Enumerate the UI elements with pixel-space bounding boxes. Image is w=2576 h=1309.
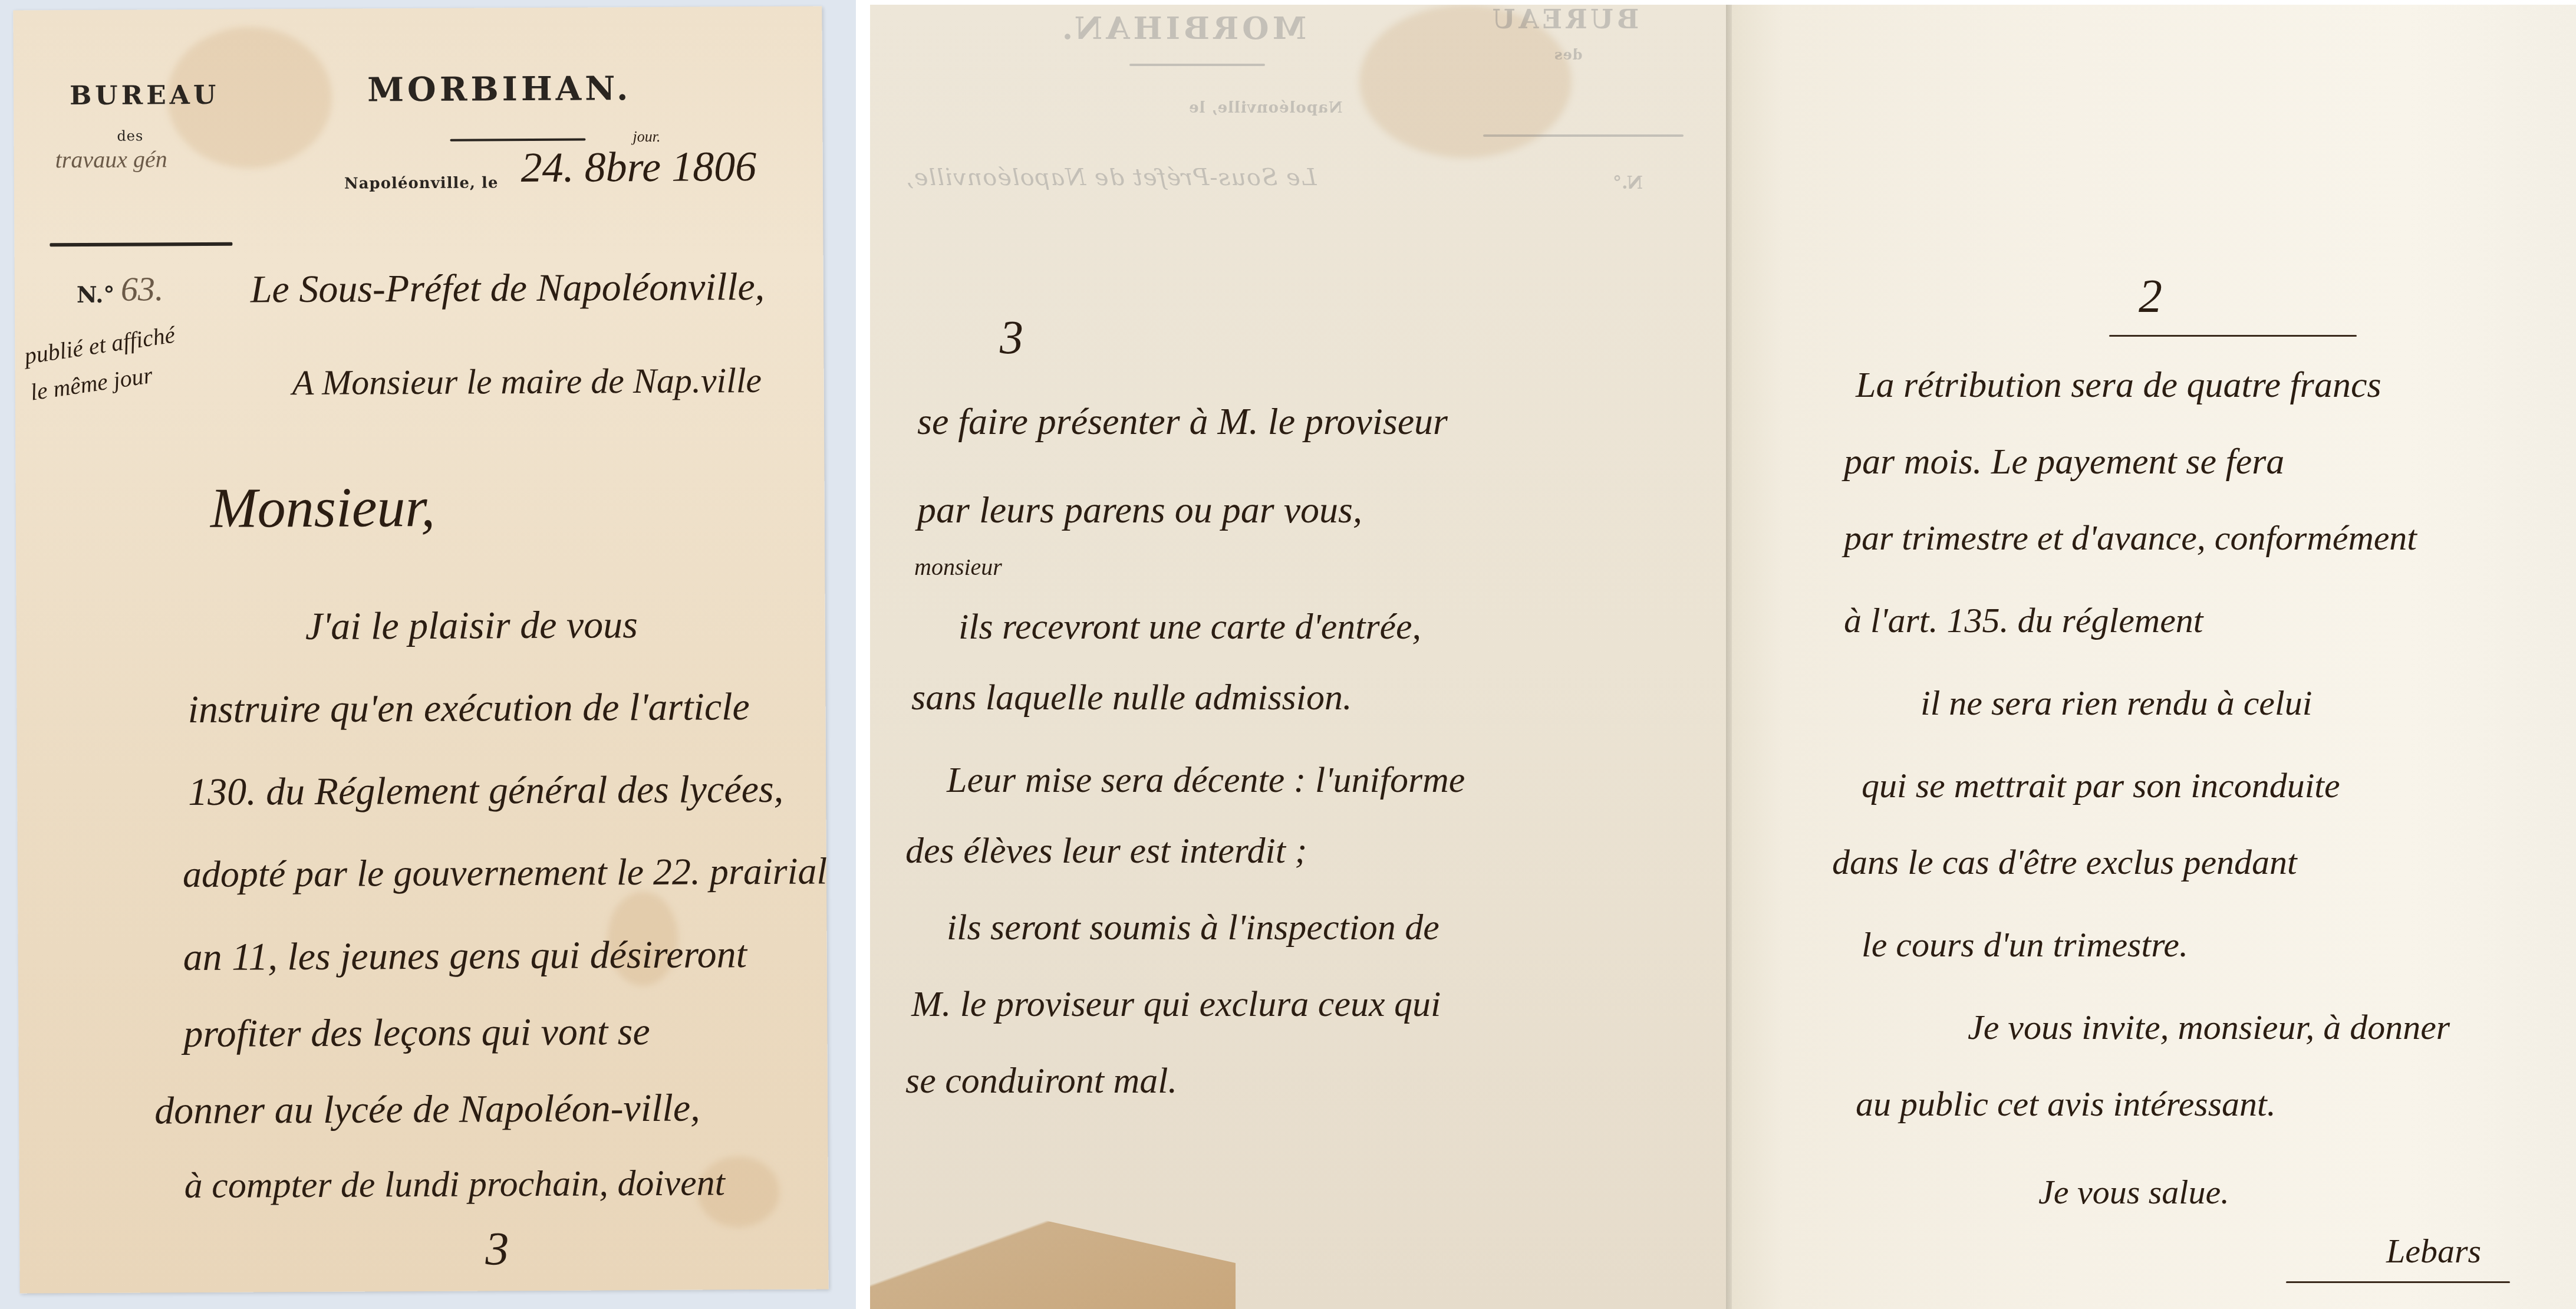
body-line: Leur mise sera décente : l'uniforme: [947, 759, 1465, 801]
letter-inner-left-page: MORBIHAN. BUREAU des Napoléonville, le L…: [870, 5, 1732, 1309]
body-line: qui se mettrait par son inconduite: [1862, 765, 2340, 806]
department-title: MORBIHAN.: [367, 69, 632, 109]
decorative-rule: [450, 139, 585, 142]
body-line: se conduiront mal.: [905, 1060, 1177, 1102]
body-line: profiter des leçons qui vont se: [183, 1009, 650, 1057]
photo-front-page: BUREAU des travaux gén MORBIHAN. Napoléo…: [0, 0, 856, 1309]
body-line: donner au lycée de Napoléon-ville,: [154, 1086, 700, 1134]
signature-flourish: [2286, 1281, 2510, 1283]
body-line: par leurs parens ou par vous,: [917, 488, 1362, 532]
body-line: à compter de lundi prochain, doivent: [185, 1162, 726, 1207]
body-line: sans laquelle nulle admission.: [911, 677, 1352, 719]
sender-line: Le Sous-Préfet de Napoléonville,: [251, 265, 765, 313]
body-line: des élèves leur est interdit ;: [905, 830, 1307, 872]
page-number: 3: [1000, 311, 1023, 365]
body-line: 130. du Réglement général des lycées,: [188, 767, 783, 815]
letter-front-page: BUREAU des travaux gén MORBIHAN. Napoléo…: [13, 6, 828, 1293]
signature: Lebars: [2386, 1231, 2481, 1271]
ghost-number: N.°: [1613, 173, 1643, 193]
body-line: adopté par le gouvernement le 22. prairi…: [183, 849, 828, 896]
body-line: dans le cas d'être exclus pendant: [1832, 842, 2297, 883]
ghost-brace: [1483, 134, 1684, 137]
body-line: J'ai le plaisir de vous: [305, 603, 638, 649]
body-line: M. le proviseur qui exclura ceux qui: [911, 984, 1441, 1025]
margin-note-line-1: publié et affiché: [22, 320, 177, 370]
margin-note-line-2: le même jour: [28, 361, 154, 406]
body-line: ils seront soumis à l'inspection de: [947, 907, 1439, 949]
body-line: à l'art. 135. du réglement: [1844, 600, 2203, 641]
body-line: Je vous invite, monsieur, à donner: [1968, 1007, 2450, 1048]
body-line: monsieur: [914, 553, 1002, 581]
number-hand: 63.: [121, 269, 164, 308]
page-number-rule: [2109, 335, 2357, 337]
ghost-sender: Le Sous-Préfet de Napoléonville,: [905, 164, 1316, 191]
ghost-bureau-sub: des: [1554, 46, 1583, 63]
ghost-rule: [1129, 64, 1265, 66]
body-line: an 11, les jeunes gens qui désireront: [183, 932, 747, 980]
body-line: il ne sera rien rendu à celui: [1921, 683, 2312, 723]
folded-corner: [870, 1156, 1236, 1309]
body-line: le cours d'un trimestre.: [1862, 925, 2188, 965]
ghost-bureau: BUREAU: [1489, 5, 1639, 35]
date-superscript: jour.: [633, 128, 660, 146]
body-line: se faire présenter à M. le proviseur: [917, 400, 1448, 443]
ghost-department: MORBIHAN.: [1059, 11, 1306, 47]
photo-inner-spread: MORBIHAN. BUREAU des Napoléonville, le L…: [870, 5, 2576, 1309]
bureau-hand: travaux gén: [55, 145, 167, 173]
number-print: N.°: [77, 281, 115, 308]
body-line: ils recevront une carte d'entrée,: [958, 606, 1421, 648]
body-line: par mois. Le payement se fera: [1844, 441, 2284, 483]
body-line: au public cet avis intéressant.: [1856, 1084, 2276, 1124]
bureau-label: BUREAU: [70, 80, 219, 111]
bureau-sub: des: [117, 127, 143, 144]
salutation: Monsieur,: [210, 474, 435, 541]
page-number: 2: [2139, 270, 2162, 324]
date-hand: 24. 8bre 1806: [521, 142, 757, 192]
body-line: instruire qu'en exécution de l'article: [187, 685, 750, 732]
place-print: Napoléonville, le: [344, 174, 499, 192]
recipient-line: A Monsieur le maire de Nap.ville: [292, 360, 762, 403]
closing-line: Je vous salue.: [2038, 1172, 2229, 1212]
letter-inner-right-page: 2 La rétribution sera de quatre francs p…: [1732, 5, 2576, 1309]
body-line: La rétribution sera de quatre francs: [1856, 364, 2381, 406]
ghost-place: Napoléonville, le: [1188, 99, 1343, 117]
page-number: 3: [485, 1222, 509, 1276]
body-line: par trimestre et d'avance, conformément: [1844, 518, 2417, 558]
decorative-brace: [50, 242, 232, 247]
